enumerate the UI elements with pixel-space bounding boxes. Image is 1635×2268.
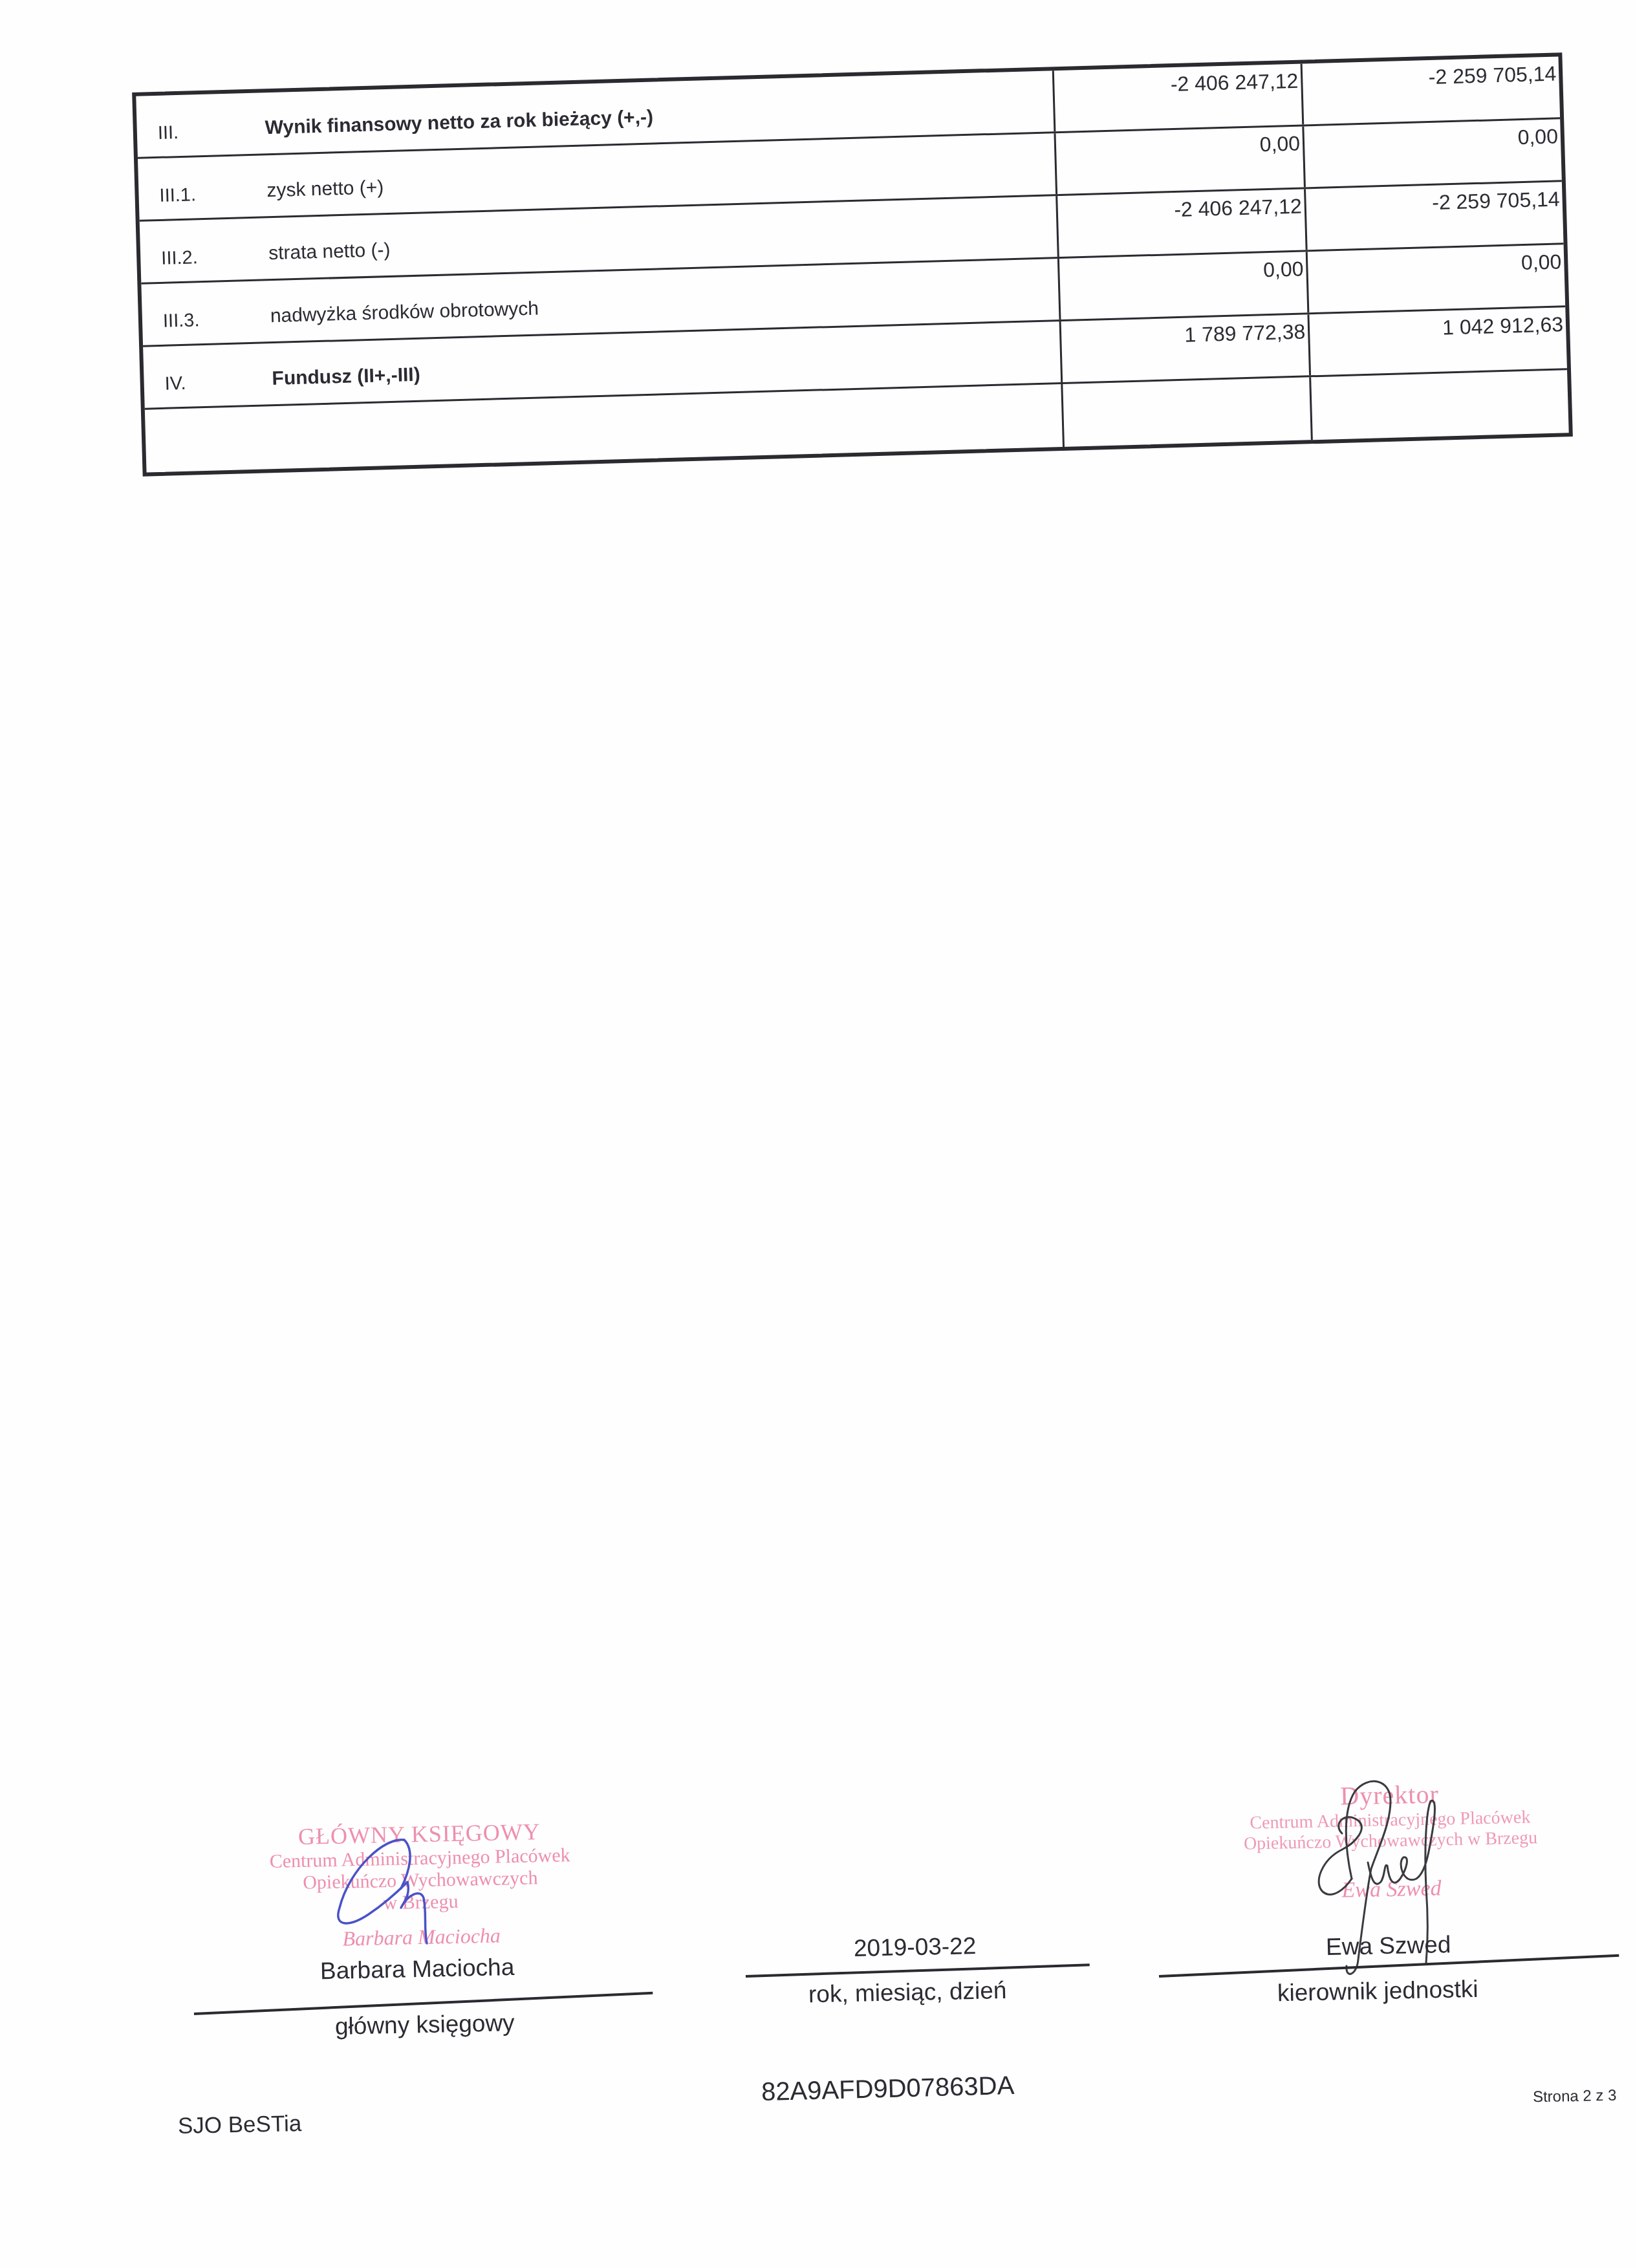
value-cell-previous	[1311, 370, 1569, 440]
value-cell-current: 0,00	[1056, 126, 1305, 194]
row-value-1: 0,00	[1259, 132, 1300, 157]
row-value-2: 0,00	[1521, 250, 1562, 275]
row-value-2: -2 259 705,14	[1428, 62, 1556, 90]
value-cell-previous: -2 259 705,14	[1306, 182, 1563, 250]
date-label: rok, miesiąc, dzień	[808, 1977, 1007, 2008]
page-number: Strona 2 z 3	[1533, 2087, 1617, 2107]
row-number: III.2.	[161, 247, 198, 270]
row-number: III.	[157, 122, 179, 144]
value-cell-current: 0,00	[1059, 252, 1309, 319]
head-name: Ewa Szwed	[1326, 1931, 1451, 1961]
accountant-handwritten-signature-icon	[323, 1830, 453, 1960]
value-cell-previous: -2 259 705,14	[1303, 56, 1560, 124]
row-number: III.3.	[163, 310, 200, 332]
signing-date: 2019-03-22	[854, 1932, 977, 1962]
value-cell-current: -2 406 247,12	[1054, 63, 1304, 131]
document-hash: 82A9AFD9D07863DA	[761, 2071, 1014, 2107]
value-cell-previous: 0,00	[1304, 119, 1561, 187]
value-cell-current: 1 789 772,38	[1061, 314, 1311, 382]
row-description: strata netto (-)	[268, 239, 391, 265]
accountant-name: Barbara Maciocha	[320, 1954, 515, 1985]
head-role: kierownik jednostki	[1277, 1976, 1478, 2007]
row-number: IV.	[164, 373, 186, 395]
date-line	[746, 1963, 1090, 1978]
row-value-1: 0,00	[1263, 257, 1304, 283]
financial-result-table: III. Wynik finansowy netto za rok bieżąc…	[132, 52, 1573, 477]
row-description: Wynik finansowy netto za rok bieżący (+,…	[265, 107, 653, 140]
row-value-2: 1 042 912,63	[1442, 312, 1564, 340]
value-cell-previous: 0,00	[1308, 244, 1565, 312]
row-value-2: -2 259 705,14	[1432, 187, 1560, 215]
row-value-2: 0,00	[1517, 124, 1558, 149]
value-cell-current	[1063, 377, 1313, 447]
software-name: SJO BeSTia	[178, 2111, 302, 2139]
row-value-1: -2 406 247,12	[1174, 195, 1302, 222]
row-value-1: 1 789 772,38	[1184, 319, 1306, 347]
row-description: nadwyżka środków obrotowych	[270, 298, 539, 328]
value-cell-previous: 1 042 912,63	[1309, 307, 1566, 375]
value-cell-current: -2 406 247,12	[1057, 189, 1307, 257]
row-description: Fundusz (II+,-III)	[272, 364, 420, 390]
accountant-role: główny księgowy	[335, 2009, 515, 2040]
row-description: zysk netto (+)	[266, 177, 384, 202]
row-number: III.1.	[159, 184, 196, 207]
row-value-1: -2 406 247,12	[1170, 69, 1298, 97]
